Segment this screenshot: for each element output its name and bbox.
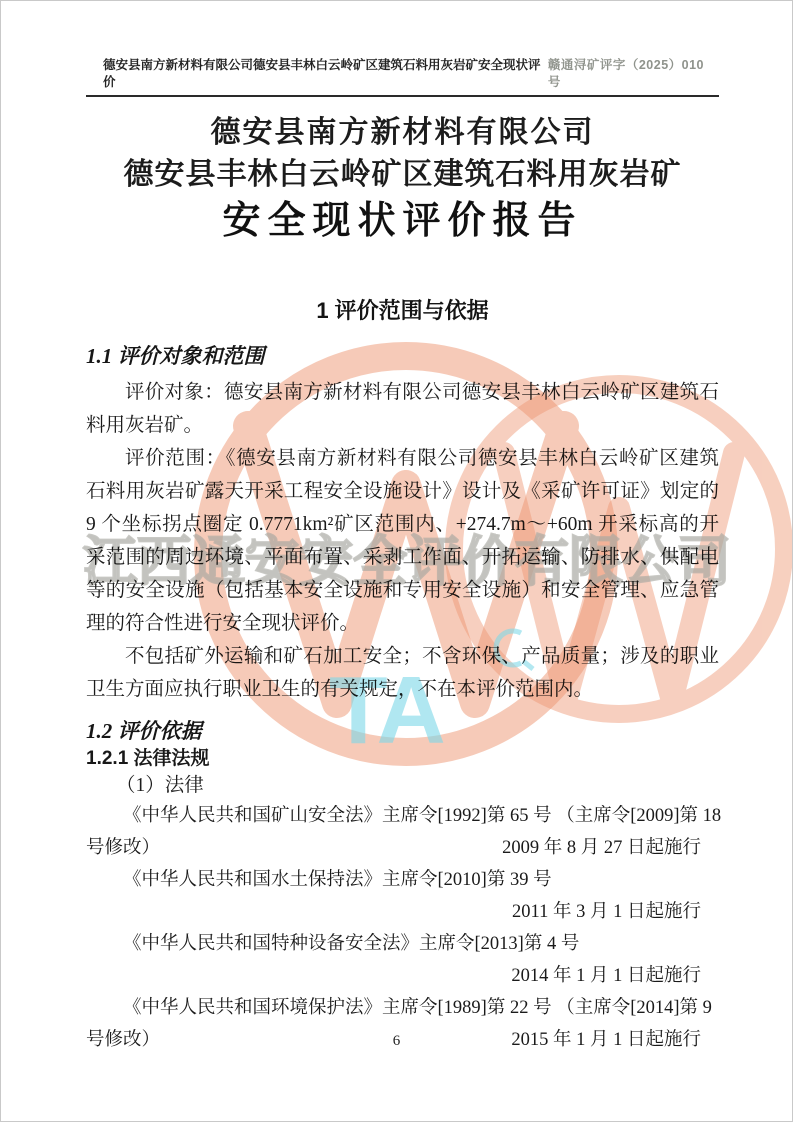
page-content: 德安县南方新材料有限公司德安县丰林白云岭矿区建筑石料用灰岩矿安全现状评价 赣通浔… [1, 57, 792, 1056]
page-number: 6 [1, 1033, 792, 1050]
law-title: 《中华人民共和国矿山安全法》主席令[1992]第 65 号 （主席令[2009]… [86, 800, 719, 832]
law-title-continuation: 号修改） [86, 832, 160, 864]
page-header: 德安县南方新材料有限公司德安县丰林白云岭矿区建筑石料用灰岩矿安全现状评价 赣通浔… [86, 57, 719, 97]
law-title: 《中华人民共和国环境保护法》主席令[1989]第 22 号 （主席令[2014]… [86, 992, 719, 1024]
law-second-line: 2011 年 3 月 1 日起施行 [86, 896, 719, 928]
section-heading-1: 1 评价范围与依据 [86, 296, 719, 326]
laws-list: 《中华人民共和国矿山安全法》主席令[1992]第 65 号 （主席令[2009]… [86, 800, 719, 1056]
report-title-company: 德安县南方新材料有限公司 [86, 112, 719, 154]
subsection-heading-1-1: 1.1 评价对象和范围 [86, 341, 719, 371]
law-entry: 《中华人民共和国矿山安全法》主席令[1992]第 65 号 （主席令[2009]… [86, 800, 719, 864]
law-entry: 《中华人民共和国水土保持法》主席令[2010]第 39 号 2011 年 3 月… [86, 864, 719, 928]
subsection-heading-1-2: 1.2 评价依据 [86, 716, 719, 746]
report-title-main: 安全现状评价报告 [86, 196, 719, 246]
header-doc-number: 赣通浔矿评字（2025）010 号 [548, 57, 719, 91]
law-entry: 《中华人民共和国特种设备安全法》主席令[2013]第 4 号 2014 年 1 … [86, 928, 719, 992]
report-title-mine: 德安县丰林白云岭矿区建筑石料用灰岩矿 [86, 154, 719, 196]
law-second-line: 2014 年 1 月 1 日起施行 [86, 960, 719, 992]
subsection-heading-1-2-1: 1.2.1 法律法规 [86, 746, 719, 772]
header-running-title: 德安县南方新材料有限公司德安县丰林白云岭矿区建筑石料用灰岩矿安全现状评价 [86, 57, 548, 91]
body-paragraph-exclusions: 不包括矿外运输和矿石加工安全；不含环保、产品质量；涉及的职业卫生方面应执行职业卫… [86, 640, 719, 706]
list-label-laws: （1）法律 [86, 772, 719, 800]
law-title: 《中华人民共和国特种设备安全法》主席令[2013]第 4 号 [86, 928, 719, 960]
body-paragraph-scope-range: 评价范围：《德安县南方新材料有限公司德安县丰林白云岭矿区建筑石料用灰岩矿露天开采… [86, 442, 719, 640]
law-effective-date: 2009 年 8 月 27 日起施行 [502, 832, 719, 864]
report-page: 德安县南方新材料有限公司德安县丰林白云岭矿区建筑石料用灰岩矿安全现状评价 赣通浔… [0, 0, 793, 1122]
law-effective-date: 2011 年 3 月 1 日起施行 [512, 896, 719, 928]
law-effective-date: 2014 年 1 月 1 日起施行 [511, 960, 719, 992]
law-title: 《中华人民共和国水土保持法》主席令[2010]第 39 号 [86, 864, 719, 896]
law-second-line: 号修改） 2009 年 8 月 27 日起施行 [86, 832, 719, 864]
body-paragraph-scope-object: 评价对象：德安县南方新材料有限公司德安县丰林白云岭矿区建筑石料用灰岩矿。 [86, 376, 719, 442]
